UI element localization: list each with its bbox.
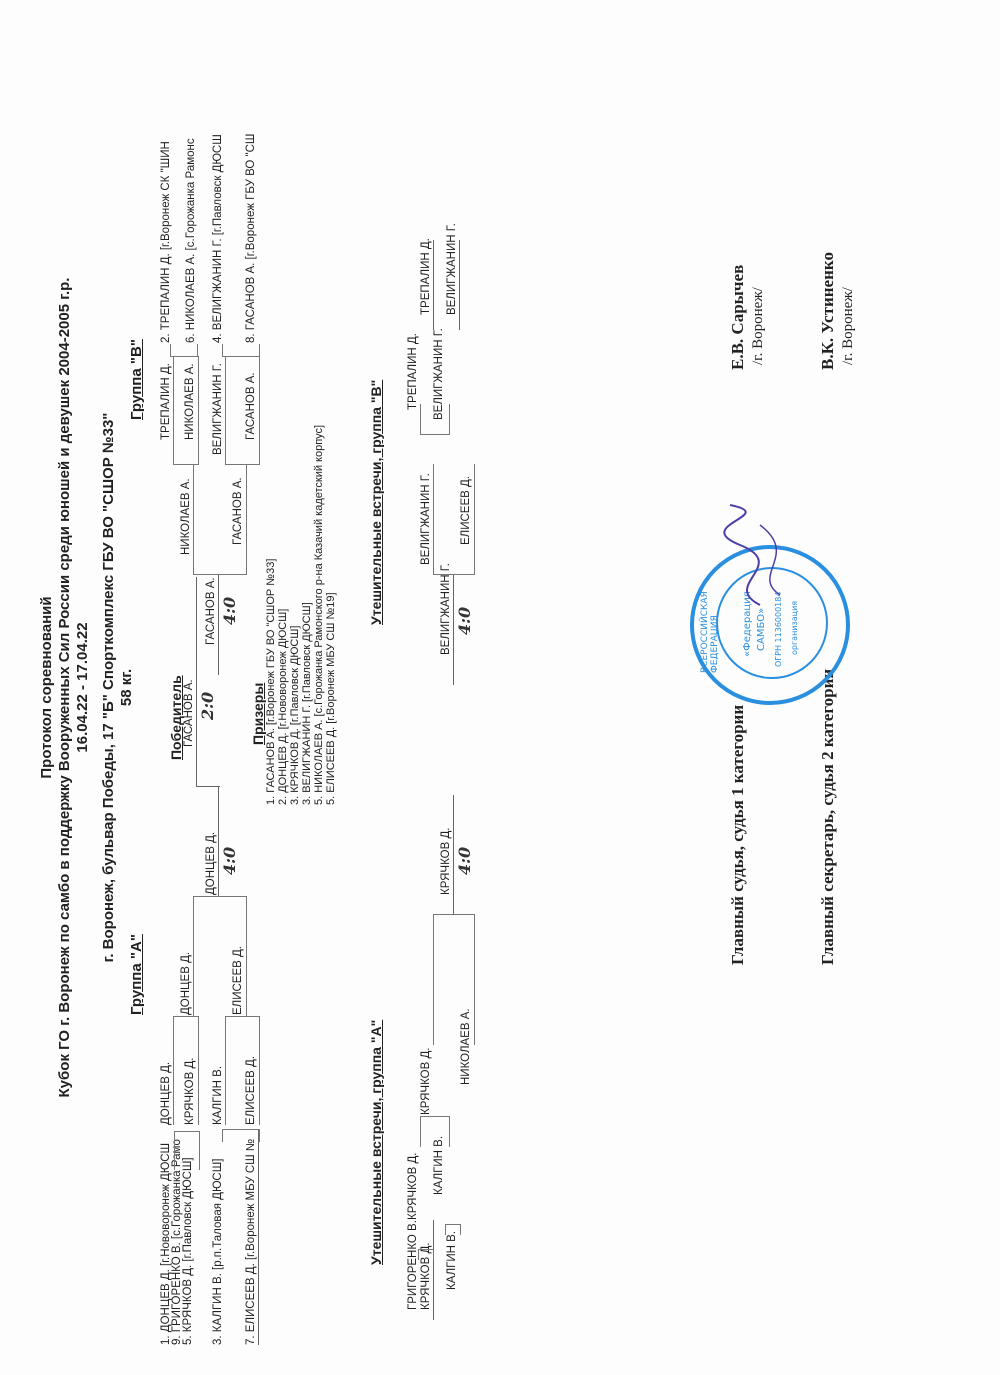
prize-item: 5. НИКОЛАЕВ А. [с.Горожанка Рамонского р… bbox=[313, 425, 326, 805]
prize-item: 3. ВЕЛИГЖАНИН Г. [г.Павловск ДЮСШ] bbox=[301, 602, 314, 805]
group-b-score: 4:0 bbox=[220, 597, 239, 625]
consolation-a-r3: КРЯЧКОВ Д. bbox=[420, 1048, 432, 1115]
prizes-title: Призеры bbox=[250, 683, 266, 745]
chief-judge-city: /г. Воронеж/ bbox=[750, 287, 767, 365]
consolation-b-r1: ТРЕПАЛИН Д. bbox=[420, 238, 432, 315]
group-b-r2: НИКОЛАЕВ А. bbox=[180, 478, 192, 555]
group-a-entrant: 5. КРЯЧКОВ Д. [г.Павловск ДЮСШ] bbox=[182, 1157, 194, 1345]
group-b-r2: ГАСАНОВ А. bbox=[232, 477, 244, 545]
group-a-entrant: 3. КАЛГИН В. [р.п.Таловая ДЮСШ] bbox=[212, 1159, 224, 1345]
group-a-r1: КАЛГИН В. bbox=[212, 1066, 224, 1125]
doc-dates: 16.04.22 - 17.04.22 bbox=[74, 0, 91, 1375]
group-b-entrant: 8. ГАСАНОВ А. [г.Воронеж ГБУ ВО "СШ bbox=[245, 134, 257, 343]
group-b-title: Группа "В" bbox=[128, 339, 145, 420]
final-score: 2:0 bbox=[198, 692, 217, 720]
group-b-r1: ТРЕПАЛИН Д. bbox=[160, 363, 172, 440]
consolation-b-title: Утешительные встречи, группа "В" bbox=[368, 380, 384, 625]
consolation-a-r1: ГРИГОРЕНКО В. bbox=[407, 1220, 419, 1310]
doc-weight: 58 кг. bbox=[118, 0, 135, 1375]
group-a-winner: ДОНЦЕВ Д. bbox=[205, 832, 217, 895]
chief-judge-title: Главный судья, судья 1 категории bbox=[728, 705, 748, 965]
prize-item: 3. КРЯЧКОВ Д. [г.Павловск ДЮСШ] bbox=[289, 626, 302, 805]
doc-subtitle: Кубок ГО г. Воронеж по самбо в поддержку… bbox=[56, 0, 73, 1375]
group-a-score: 4:0 bbox=[220, 847, 239, 875]
consolation-a-r1: КАЛГИН В. bbox=[446, 1231, 458, 1290]
secretary-title: Главный секретарь, судья 2 категории bbox=[818, 669, 838, 965]
prize-item: 5. ЕЛИСЕЕВ Д. [г.Воронеж МБУ СШ №19] bbox=[325, 592, 338, 805]
chief-judge-name: Е.В. Сарычев bbox=[728, 265, 748, 370]
group-b-r1: ВЕЛИГЖАНИН Г. bbox=[212, 363, 224, 455]
group-a-r2: ДОНЦЕВ Д. bbox=[180, 952, 192, 1015]
group-a-entrant: 7. ЕЛИСЕЕВ Д. [г.Воронеж МБУ СШ № bbox=[245, 1139, 257, 1345]
prize-item: 2. ДОНЦЕВ Д. [г.Нововоронеж ДЮСШ] bbox=[277, 609, 290, 805]
secretary-city: /г. Воронеж/ bbox=[840, 287, 857, 365]
consolation-b-winner: ВЕЛИГЖАНИН Г. bbox=[440, 563, 452, 655]
group-b-winner: ГАСАНОВ А. bbox=[205, 577, 217, 645]
group-b-entrant: 2. ТРЕПАЛИН Д. [г.Воронеж СК "ШИН bbox=[160, 141, 172, 343]
group-b-r1: НИКОЛАЕВ А. bbox=[184, 363, 196, 440]
doc-title: Протокол соревнований bbox=[38, 0, 55, 1375]
group-a-r1: ДОНЦЕВ Д. bbox=[160, 1062, 172, 1125]
prize-item: 1. ГАСАНОВ А. [г.Воронеж ГБУ ВО "СШОР №3… bbox=[265, 559, 278, 805]
consolation-a-title: Утешительные встречи, группа "А" bbox=[368, 1020, 384, 1265]
group-a-title: Группа "А" bbox=[128, 934, 145, 1015]
protocol-page: Протокол соревнований Кубок ГО г. Вороне… bbox=[0, 0, 1000, 1375]
consolation-a-r2: КРЯЧКОВ Д. bbox=[407, 1153, 419, 1220]
consolation-a-winner: КРЯЧКОВ Д. bbox=[440, 828, 452, 895]
group-b-r1: ГАСАНОВ А. bbox=[245, 372, 257, 440]
consolation-a-score: 4:0 bbox=[455, 847, 474, 875]
final-title: Победитель bbox=[168, 675, 184, 760]
consolation-b-score: 4:0 bbox=[455, 607, 474, 635]
consolation-b-r2: ТРЕПАЛИН Д. bbox=[407, 333, 419, 410]
group-b-entrant: 4. ВЕЛИГЖАНИН Г. [г.Павловск ДЮСШ bbox=[212, 134, 224, 343]
final-winner: ГАСАНОВ А. bbox=[183, 679, 195, 747]
consolation-b-r3: ВЕЛИГЖАНИН Г. bbox=[420, 473, 432, 565]
consolation-b-r1: ВЕЛИГЖАНИН Г. bbox=[446, 223, 458, 315]
group-b-entrant: 6. НИКОЛАЕВ А. [с.Горожанка Рамонс bbox=[185, 138, 197, 343]
signature-scribble bbox=[700, 495, 810, 615]
doc-venue: г. Воронеж, бульвар Победы, 17 "Б" Спорт… bbox=[100, 0, 117, 1375]
secretary-name: В.К. Устиненко bbox=[818, 252, 838, 370]
